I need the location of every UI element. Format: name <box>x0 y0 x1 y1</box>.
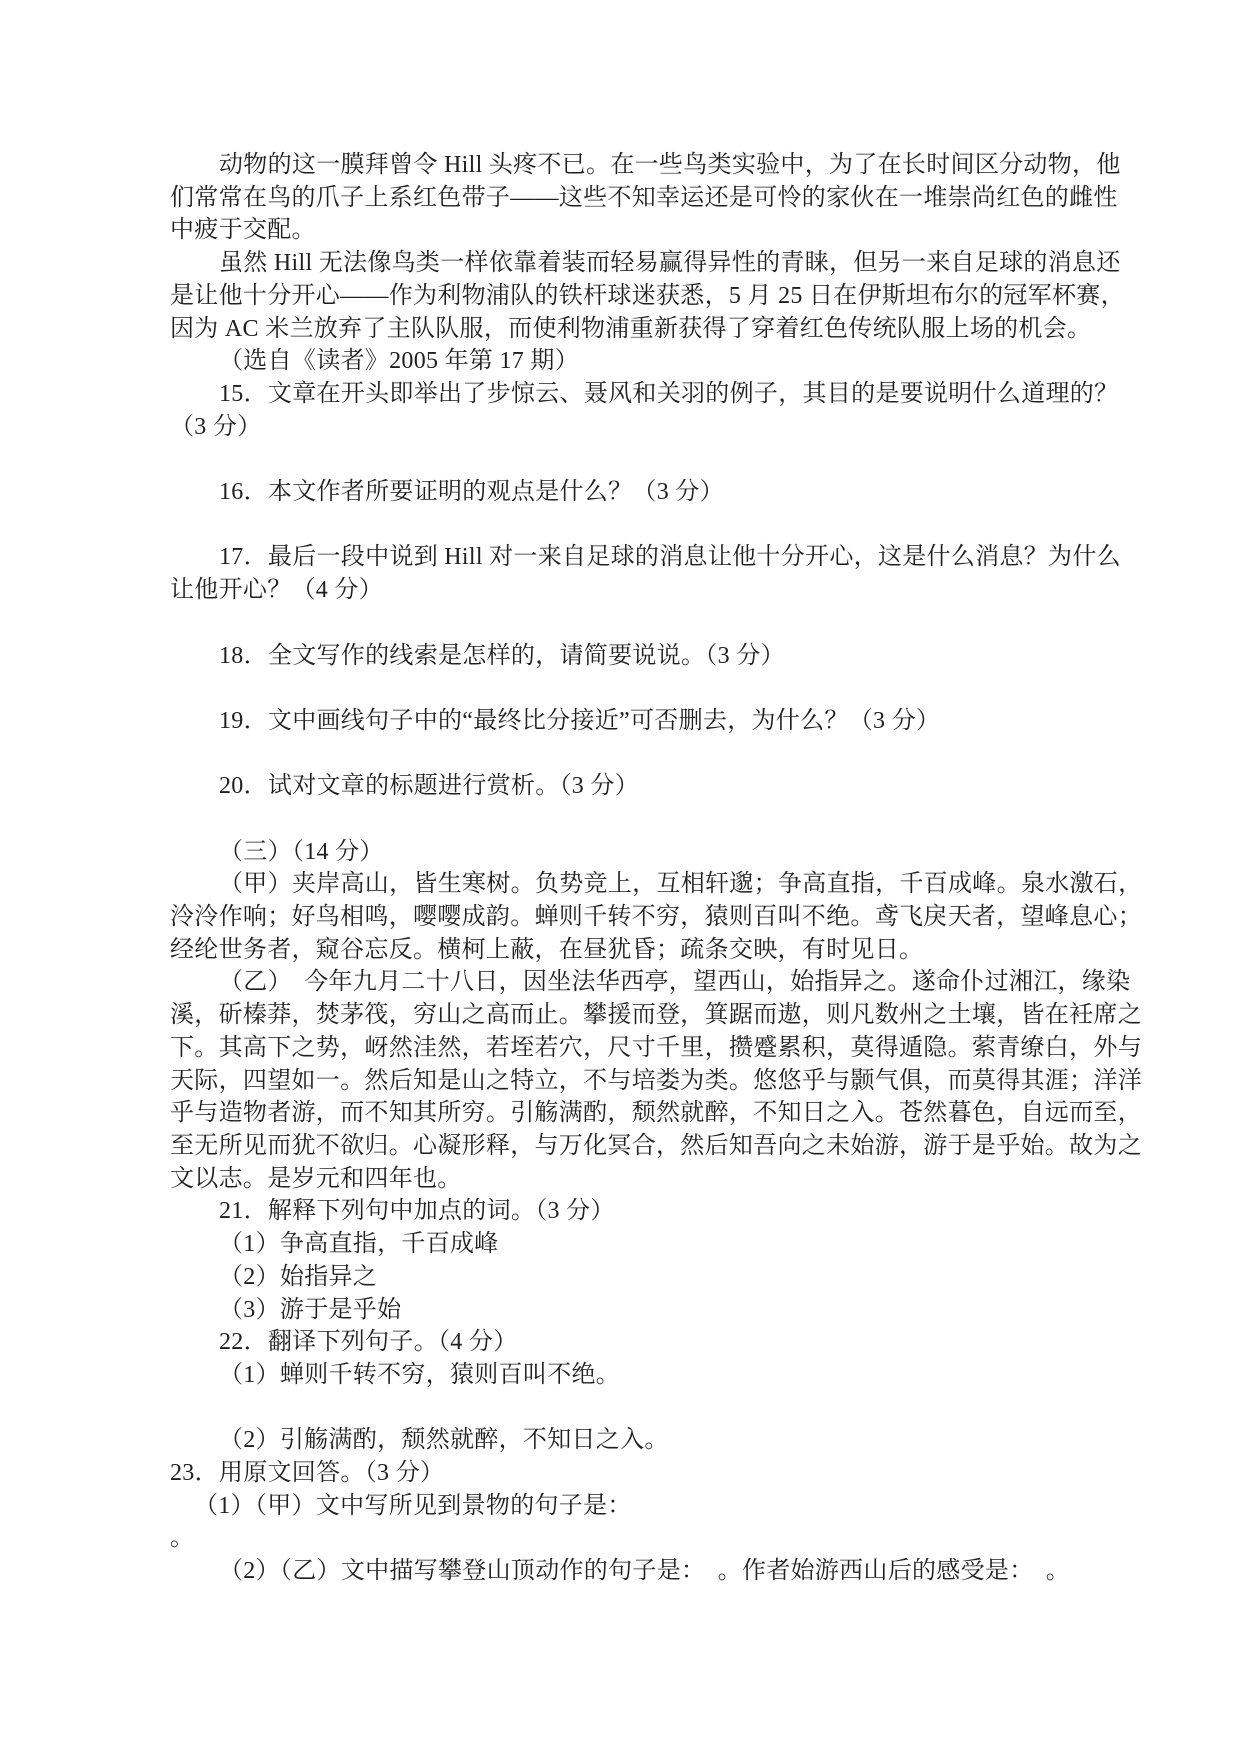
text-line: （3）游于是乎始 <box>170 1294 1241 1327</box>
text-line: （1）蝉则千转不穷，猿则百叫不绝。 <box>170 1359 1241 1392</box>
text-line: 虽然 Hill 无法像鸟类一样依靠着装而轻易赢得异性的青睐，但另一来自足球的消息… <box>170 247 1241 280</box>
text-line: 23．用原文回答。（3 分） <box>170 1457 1241 1490</box>
text-line: 15．文章在开头即举出了步惊云、聂风和关羽的例子，其目的是要说明什么道理的？ <box>170 378 1241 411</box>
text-line: （3 分） <box>170 411 1241 444</box>
text-line: （1）争高直指，千百成峰 <box>170 1228 1241 1261</box>
text-line: （2）（乙）文中描写攀登山顶动作的句子是： 。作者始游西山后的感受是： 。 <box>170 1555 1241 1588</box>
text-line: 天际，四望如一。然后知是山之特立，不与培娄为类。悠悠乎与颢气俱，而莫得其涯；洋洋 <box>170 1065 1241 1098</box>
exam-document-page: 动物的这一膜拜曾令 Hill 头疼不已。在一些鸟类实验中，为了在长时间区分动物，… <box>0 0 1241 1754</box>
text-line: （乙） 今年九月二十八日，因坐法华西亭，望西山，始指异之。遂命仆过湘江，缘染 <box>170 966 1241 999</box>
blank-line <box>170 607 1241 640</box>
text-line: （2）始指异之 <box>170 1261 1241 1294</box>
blank-line <box>170 738 1241 771</box>
blank-line <box>170 509 1241 542</box>
text-line: 18．全文写作的线索是怎样的，请简要说说。（3 分） <box>170 640 1241 673</box>
text-line: 22．翻译下列句子。（4 分） <box>170 1326 1241 1359</box>
blank-line <box>170 672 1241 705</box>
text-line: 19．文中画线句子中的“最终比分接近”可否删去，为什么？（3 分） <box>170 705 1241 738</box>
text-line: （1）（甲）文中写所见到景物的句子是： <box>170 1490 1241 1523</box>
text-line: （2）引觞满酌，颓然就醉，不知日之入。 <box>170 1424 1241 1457</box>
blank-line <box>170 443 1241 476</box>
text-line: 让他开心？（4 分） <box>170 574 1241 607</box>
text-line: 16．本文作者所要证明的观点是什么？（3 分） <box>170 476 1241 509</box>
text-line: 是让他十分开心——作为利物浦队的铁杆球迷获悉，5 月 25 日在伊斯坦布尔的冠军… <box>170 280 1241 313</box>
blank-line <box>170 803 1241 836</box>
text-line: 文以志。是岁元和四年也。 <box>170 1163 1241 1196</box>
text-line: （甲）夹岸高山，皆生寒树。负势竞上，互相轩邈；争高直指，千百成峰。泉水激石， <box>170 868 1241 901</box>
text-line: 溪，斫榛莽，焚茅筏，穷山之高而止。攀援而登，箕踞而遨，则凡数州之土壤，皆在衽席之 <box>170 999 1241 1032</box>
text-line: 中疲于交配。 <box>170 214 1241 247</box>
text-line: （三）（14 分） <box>170 836 1241 869</box>
document-body: 动物的这一膜拜曾令 Hill 头疼不已。在一些鸟类实验中，为了在长时间区分动物，… <box>170 149 1241 1588</box>
text-line: 乎与造物者游，而不知其所穷。引觞满酌，颓然就醉，不知日之入。苍然暮色，自远而至， <box>170 1097 1241 1130</box>
text-line: 至无所见而犹不欲归。心凝形释，与万化冥合，然后知吾向之未始游，游于是乎始。故为之 <box>170 1130 1241 1163</box>
text-line: 动物的这一膜拜曾令 Hill 头疼不已。在一些鸟类实验中，为了在长时间区分动物，… <box>170 149 1241 182</box>
text-line: 。 <box>170 1522 1241 1555</box>
text-line: 17．最后一段中说到 Hill 对一来自足球的消息让他十分开心，这是什么消息？为… <box>170 541 1241 574</box>
blank-line <box>170 1392 1241 1425</box>
text-line: 经纶世务者，窥谷忘反。横柯上蔽，在昼犹昏；疏条交映，有时见日。 <box>170 934 1241 967</box>
text-line: 下。其高下之势，岈然洼然，若垤若穴，尺寸千里，攒蹙累积，莫得遁隐。萦青缭白，外与 <box>170 1032 1241 1065</box>
text-line: （选自《读者》2005 年第 17 期） <box>170 345 1241 378</box>
text-line: 因为 AC 米兰放弃了主队队服，而使利物浦重新获得了穿着红色传统队服上场的机会。 <box>170 313 1241 346</box>
text-line: 21．解释下列句中加点的词。（3 分） <box>170 1195 1241 1228</box>
text-line: 20．试对文章的标题进行赏析。（3 分） <box>170 770 1241 803</box>
text-line: 们常常在鸟的爪子上系红色带子——这些不知幸运还是可怜的家伙在一堆崇尚红色的雌性 <box>170 182 1241 215</box>
text-line: 泠泠作响；好鸟相鸣，嘤嘤成韵。蝉则千转不穷，猿则百叫不绝。鸢飞戾天者，望峰息心； <box>170 901 1241 934</box>
